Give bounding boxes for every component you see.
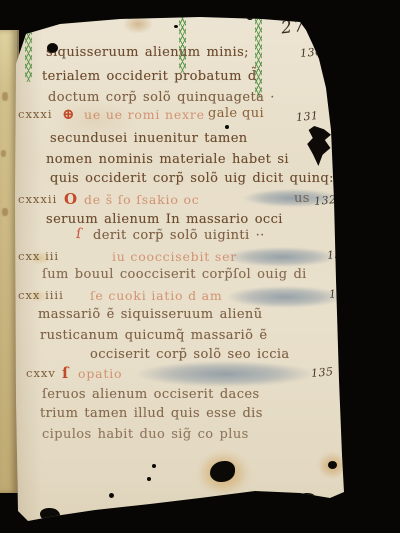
manuscript-photo: 27 siquisseruum alienum minis; terialem … xyxy=(0,0,400,533)
rubric-text: ſe cuoki iatio d am xyxy=(90,288,223,303)
marginal-ref: 130 xyxy=(299,45,323,60)
blue-smudge xyxy=(243,189,341,207)
ink-blob xyxy=(303,126,331,166)
chapter-numeral: cxxxii xyxy=(18,192,57,206)
text-line: cipulos habit duo sig̃ co plus xyxy=(42,426,249,443)
rubric-initial: ſ xyxy=(62,364,68,382)
rubric-tail: gale qui xyxy=(208,106,264,121)
text-line: terialem occiderit probatum d̃ xyxy=(42,68,257,85)
text-line: trium tamen illud quis esse dis xyxy=(40,405,263,422)
text-line: ſeruos alienum occiserit daces xyxy=(42,386,260,403)
gutter-mark xyxy=(1,150,6,157)
ink-spot xyxy=(187,508,190,511)
vine-ornament-icon xyxy=(25,22,32,82)
rubric-initial: ⊕ xyxy=(62,105,75,123)
text-line: doctum corp̃ solõ quinquageta · xyxy=(48,89,275,106)
ink-blot xyxy=(300,493,316,502)
ink-spot xyxy=(291,495,300,506)
parchment-page: 27 siquisseruum alienum minis; terialem … xyxy=(0,0,400,533)
wormhole xyxy=(328,461,337,469)
marginal-ref: 135 xyxy=(310,365,334,380)
chapter-numeral: cxxxi xyxy=(18,107,53,121)
paragraph-mark: ſ xyxy=(75,226,82,243)
marginal-ref: 131 xyxy=(295,109,319,124)
ink-spot xyxy=(152,464,156,468)
ink-spot xyxy=(225,125,229,129)
chapter-numeral: cxxv xyxy=(26,366,56,380)
text-line: quis occiderit corp̃ solõ uig dicit quin… xyxy=(50,170,334,187)
blue-smudge xyxy=(226,286,344,308)
rubric-text: opatio xyxy=(78,366,122,381)
rubric-text: ue ue romi nexre xyxy=(84,107,205,122)
blue-smudge xyxy=(136,361,314,387)
ink-blot xyxy=(40,508,60,522)
ink-spot xyxy=(147,477,151,481)
text-line: siquisseruum alienum minis; xyxy=(46,44,249,61)
wormhole xyxy=(47,43,58,53)
text-line: secundusei inuenitur tamen xyxy=(50,130,248,147)
chapter-numeral: cxx iiii xyxy=(18,288,64,302)
gutter-mark xyxy=(2,208,8,216)
text-line: rusticanum quicumq̃ massariõ ẽ xyxy=(40,327,267,344)
chapter-numeral: cxx iii xyxy=(18,249,59,263)
blue-smudge xyxy=(226,247,338,267)
rubric-text: de s̃ ſo ſsakio oc xyxy=(84,192,200,207)
text-line: nomen nominis materiale habet si xyxy=(46,151,289,168)
ink-spot xyxy=(174,25,178,28)
text-line: ſum bouul coocciserit corp̃ſol ouig di xyxy=(42,266,307,283)
text-line: massariõ ẽ siquisseruum alienũ xyxy=(38,306,262,323)
gutter-mark xyxy=(2,92,8,101)
ink-spot xyxy=(247,16,253,20)
rubric-text: iu cooccisebit ser xyxy=(112,249,237,264)
text-line: occiserit corp̃ solõ seo iccia xyxy=(90,346,290,363)
text-line: derit corp̃ solõ uiginti ·· xyxy=(93,227,265,244)
folio-number: 27 xyxy=(280,16,308,39)
ink-spot xyxy=(109,493,114,498)
rubric-initial: O xyxy=(64,190,77,208)
